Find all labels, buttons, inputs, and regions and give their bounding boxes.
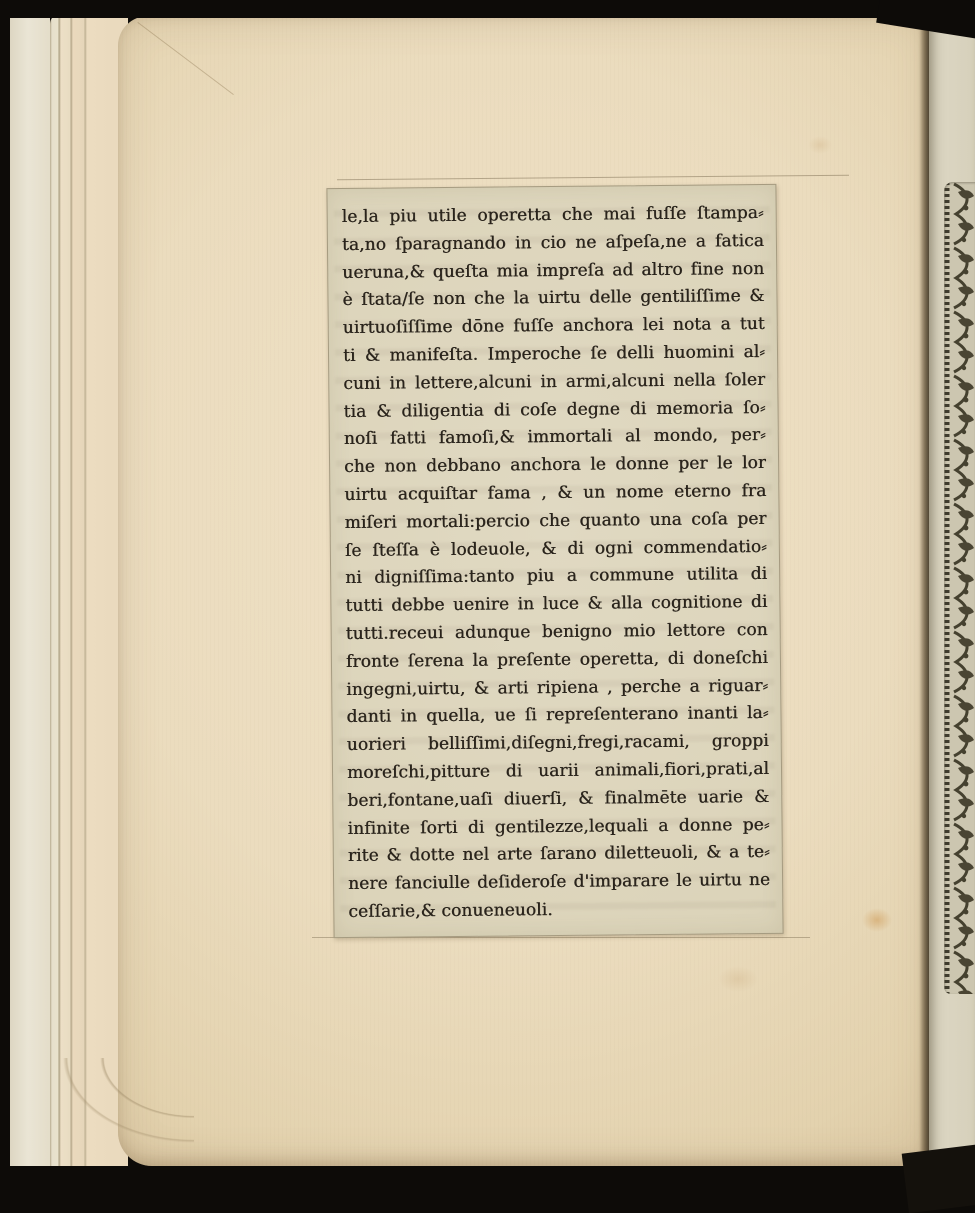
slip-text-line: beri,fontane,uaſi diuerſi, & finalmēte u… [347, 784, 769, 816]
slip-text-line: nere fanciulle deſideroſe d'imparare le … [348, 867, 770, 899]
slip-text-line: ceſſarie,& conueneuoli. [348, 895, 770, 927]
slip-text-line: ingegni,uirtu, & arti ripiena , perche a… [346, 673, 768, 705]
slip-text-line: infinite ſorti di gentilezze,lequali a d… [347, 811, 769, 843]
slip-text-line: danti in quella, ue ſi repreſenterano in… [346, 700, 768, 732]
slip-text-line: uirtuoſiſſime dōne fuſſe anchora lei not… [343, 311, 765, 343]
book-photograph: le,la piu utile operetta che mai fuſſe ſ… [0, 0, 975, 1200]
slip-text-line: uorieri belliſſimi,diſegni,fregi,racami,… [347, 728, 769, 760]
slip-text-line: ti & manifeſta. Imperoche ſe delli huomi… [343, 339, 765, 371]
page-edges-stack [50, 14, 128, 1180]
slip-text-line: miſeri mortali:percio che quanto una coſ… [344, 506, 766, 538]
slip-text-block: le,la piu utile operetta che mai fuſſe ſ… [342, 200, 771, 931]
photo-border-left [0, 0, 10, 1200]
slip-text-line: è ſtata/ſe non che la uirtu delle gentil… [342, 283, 764, 315]
slip-text-line: moreſchi,pitture di uarii animali,fiori,… [347, 756, 769, 788]
slip-text-line: ni digniſſima:tanto piu a commune utilit… [345, 561, 767, 593]
slip-text-line: ta,no ſparagnando in cio ne aſpeſa,ne a … [342, 228, 764, 260]
slip-text-line: tutti.receui adunque benigno mio lettore… [346, 617, 768, 649]
slip-text-line: ueruna,& queſta mia impreſa ad altro fin… [342, 256, 764, 288]
slip-text-line: tia & diligentia di coſe degne di memori… [343, 395, 765, 427]
photo-border-top [0, 0, 975, 18]
photo-border-corner [902, 1143, 975, 1200]
gutter-shadow [919, 20, 929, 1160]
slip-text-line: fronte ſerena la preſente operetta, di d… [346, 645, 768, 677]
woodcut-ornament-border [944, 182, 975, 994]
slip-text-line: ſe ſteſſa è lodeuole, & di ogni commenda… [345, 534, 767, 566]
slip-text-line: uirtu acquiſtar fama , & un nome eterno … [344, 478, 766, 510]
slip-text-line: che non debbano anchora le donne per le … [344, 450, 766, 482]
slip-text-line: rite & dotte nel arte ſarano diletteuoli… [348, 839, 770, 871]
slip-text-line: cuni in lettere,alcuni in armi,alcuni ne… [343, 367, 765, 399]
slip-text-line: tutti debbe uenire in luce & alla cognit… [345, 589, 767, 621]
slip-text-line: le,la piu utile operetta che mai fuſſe ſ… [342, 200, 764, 232]
slip-text-line: noſi fatti famoſi,& immortali al mondo, … [344, 422, 766, 454]
photo-border-bottom [0, 1166, 975, 1200]
foliate-border-pattern [944, 182, 975, 994]
pasted-text-slip: le,la piu utile operetta che mai fuſſe ſ… [326, 184, 783, 938]
book-cover-edge [10, 8, 50, 1186]
